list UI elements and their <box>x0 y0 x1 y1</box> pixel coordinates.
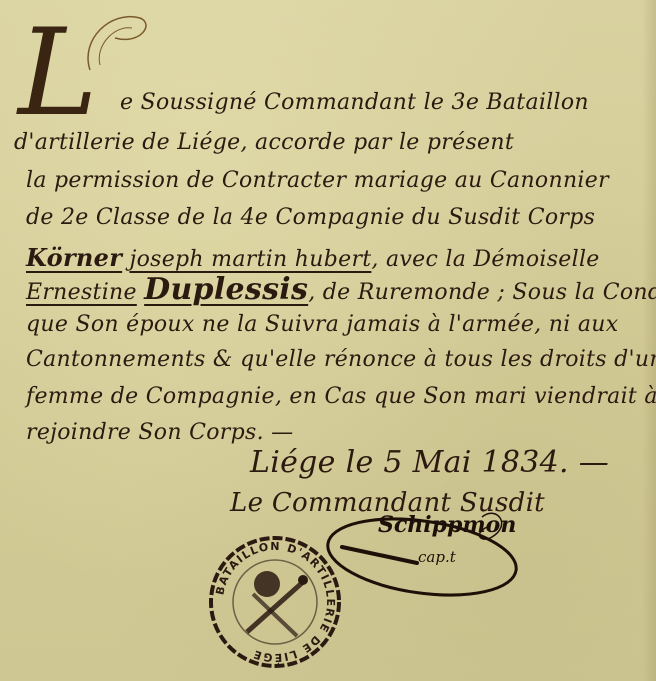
text-line-5-rest: , avec la Démoiselle <box>371 247 599 272</box>
text-line-9: femme de Compagnie, en Cas que Son mari … <box>26 384 656 409</box>
svg-text:BATAILLON D'ARTILLERIE DE LIÉG: BATAILLON D'ARTILLERIE DE LIÉGE <box>213 540 337 664</box>
text-line-3: la permission de Contracter mariage au C… <box>26 168 609 193</box>
text-line-10: rejoindre Son Corps. — <box>26 420 293 445</box>
bride-first-name: Ernestine <box>26 280 137 305</box>
text-line-3-content: la permission de Contracter mariage au C… <box>26 168 609 193</box>
page-edge-shadow <box>642 0 656 681</box>
signature-rank: cap.t <box>418 548 456 566</box>
groom-given-names: joseph martin hubert <box>129 247 371 272</box>
official-stamp-icon: BATAILLON D'ARTILLERIE DE LIÉGE <box>205 532 345 672</box>
text-line-5: Körner joseph martin hubert, avec la Dém… <box>26 243 600 272</box>
text-line-7: que Son époux ne la Suivra jamais à l'ar… <box>26 312 618 337</box>
initial-flourish-icon <box>70 10 160 80</box>
text-line-2: d'artillerie de Liége, accorde par le pr… <box>14 130 514 155</box>
text-line-6: Ernestine Duplessis, de Ruremonde ; Sous… <box>26 272 656 307</box>
signature-name: Schippmon <box>378 512 516 538</box>
groom-surname: Körner <box>26 243 122 272</box>
text-line-1: e Soussigné Commandant le 3e Bataillon <box>120 90 589 115</box>
text-line-6-rest: , de Ruremonde ; Sous la Condition <box>308 280 656 305</box>
text-line-8: Cantonnements & qu'elle rénonce à tous l… <box>26 347 656 372</box>
text-line-4: de 2e Classe de la 4e Compagnie du Susdi… <box>26 205 595 230</box>
place-date: Liége le 5 Mai 1834. — <box>250 445 609 480</box>
document-scan: L e Soussigné Commandant le 3e Bataillon… <box>0 0 656 681</box>
bride-surname: Duplessis <box>144 272 308 307</box>
